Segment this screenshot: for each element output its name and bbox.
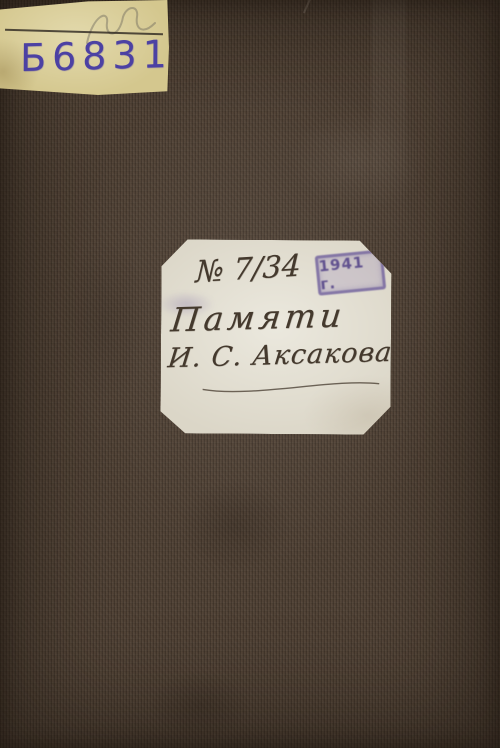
manuscript-number: № 7/34 [195, 248, 302, 290]
cloth-stain [150, 670, 250, 740]
cloth-sheen [372, 0, 406, 240]
year-stamp: 1941 г. [315, 249, 387, 295]
cloth-stain [60, 240, 150, 400]
cloth-highlight [290, 110, 430, 210]
scratch-mark [303, 0, 311, 14]
call-number-label: Б6831 [0, 0, 169, 95]
handwritten-title-line1: Памяти [169, 295, 348, 339]
call-number-text: Б6831 [20, 35, 173, 77]
title-label: № 7/34 1941 г. Памяти И. С. Аксакова [160, 239, 391, 435]
pen-flourish [203, 375, 383, 398]
handwritten-title-line2: И. С. Аксакова [166, 337, 394, 374]
book-cover: Б6831 № 7/34 1941 г. Памяти И. С. Аксако… [0, 0, 500, 748]
cloth-stain [180, 480, 290, 570]
